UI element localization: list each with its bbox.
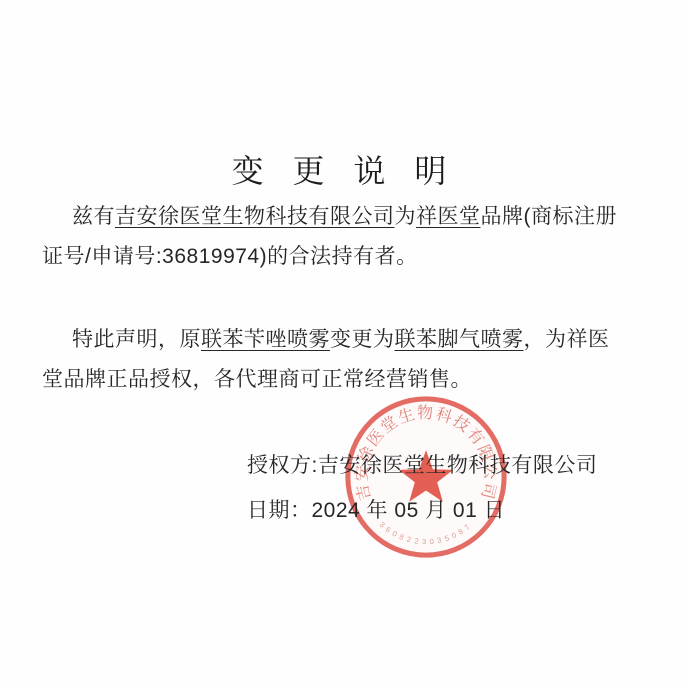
new-product-name-underlined: 联苯脚气喷雾 bbox=[395, 328, 524, 351]
paragraph1-connector: 为 bbox=[395, 205, 417, 228]
document-title: 变 更 说 明 bbox=[0, 146, 688, 192]
old-product-name-underlined: 联苯苄唑喷雾 bbox=[201, 328, 330, 351]
authorizer-line: 授权方:吉安徐医堂生物科技有限公司 bbox=[247, 443, 597, 488]
change-statement-document: 变 更 说 明 兹有吉安徐医堂生物科技有限公司为祥医堂品牌(商标注册证号/申请号… bbox=[0, 0, 688, 688]
signature-block: 授权方:吉安徐医堂生物科技有限公司 日期：2024 年 05 月 01 日 bbox=[247, 443, 597, 533]
paragraph2-connector: 变更为 bbox=[330, 328, 395, 351]
brand-name-underlined: 祥医堂 bbox=[416, 205, 481, 228]
paragraph-product-change: 特此声明，原联苯苄唑喷雾变更为联苯脚气喷雾，为祥医堂品牌正品授权，各代理商可正常… bbox=[42, 320, 620, 400]
paragraph1-text: 兹有 bbox=[72, 205, 115, 228]
company-name-underlined: 吉安徐医堂生物科技有限公司 bbox=[115, 205, 395, 228]
paragraph-brand-ownership: 兹有吉安徐医堂生物科技有限公司为祥医堂品牌(商标注册证号/申请号:3681997… bbox=[42, 197, 620, 277]
date-line: 日期：2024 年 05 月 01 日 bbox=[247, 488, 597, 533]
paragraph2-text: 特此声明，原 bbox=[72, 328, 201, 351]
